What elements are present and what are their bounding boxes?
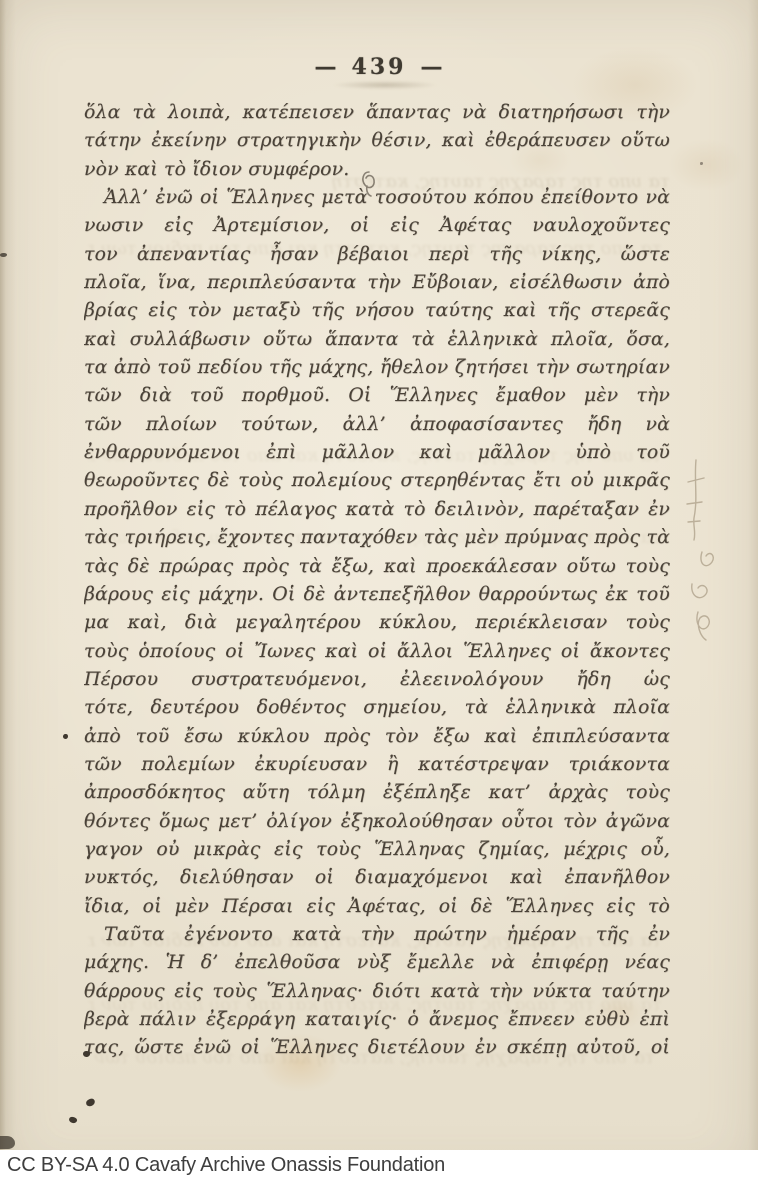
paragraph: Ταῦτα ἐγένοντο κατὰ τὴν πρώτην ἡμέραν τῆ… [84, 921, 670, 1063]
page-number-dash-left: — [301, 54, 352, 80]
text-line: τα ἀπὸ τοῦ πεδίου τῆς μάχης, ἤθελον ζητή… [84, 354, 670, 382]
license-text: CC BY-SA 4.0 Cavafy Archive Onassis Foun… [7, 1154, 445, 1177]
text-line: τῶν διὰ τοῦ πορθμοῦ. Οἱ Ἕλληνες ἔμαθον μ… [84, 382, 670, 410]
text-line: ἐνθαρρυνόμενοι ἐπὶ μᾶλλον καὶ μᾶλλον ὑπὸ… [84, 439, 670, 467]
page-number-dash-right: — [406, 54, 457, 80]
text-line: βρίας εἰς τὸν μεταξὺ τῆς νήσου ταύτης κα… [84, 297, 670, 325]
text-line: θεωροῦντες δὲ τοὺς πολεμίους στερηθέντας… [84, 467, 670, 495]
text-line: Ἀλλ’ ἐνῶ οἱ Ἕλληνες μετὰ τοσούτου κόπου … [84, 184, 670, 212]
ink-smudge [300, 78, 470, 92]
text-line: θόντες ὅμως μετ’ ὀλίγον ἐξηκολούθησαν οὗ… [84, 808, 670, 836]
paragraph: ὅλα τὰ λοιπὰ, κατέπεισεν ἅπαντας νὰ διατ… [84, 99, 670, 184]
text-line: νὸν καὶ τὸ ἴδιον συμφέρον. [84, 156, 670, 184]
text-line: Ταῦτα ἐγένοντο κατὰ τὴν πρώτην ἡμέραν τῆ… [84, 921, 670, 949]
license-bar: CC BY-SA 4.0 Cavafy Archive Onassis Foun… [0, 1150, 758, 1184]
text-line: τῶν πλοίων τούτων, ἀλλ’ ἀποφασίσαντες ἤδ… [84, 411, 670, 439]
text-line: πλοῖα, ἵνα, περιπλεύσαντα τὴν Εὔβοιαν, ε… [84, 269, 670, 297]
text-line: τας, ὥστε ἐνῶ οἱ Ἕλληνες διετέλουν ἐν σκ… [84, 1034, 670, 1062]
text-line: νωσιν εἰς Ἀρτεμίσιον, οἱ εἰς Ἀφέτας ναυλ… [84, 212, 670, 240]
text-line: γαγον οὐ μικρὰς εἰς τοὺς Ἕλληνας ζημίας,… [84, 836, 670, 864]
paragraph: Ἀλλ’ ἐνῶ οἱ Ἕλληνες μετὰ τοσούτου κόπου … [84, 184, 670, 921]
text-line: ὅλα τὰ λοιπὰ, κατέπεισεν ἅπαντας νὰ διατ… [84, 99, 670, 127]
page-number-value: 439 [352, 54, 407, 80]
text-line: θάρρους εἰς τοὺς Ἕλληνας· διότι κατὰ τὴν… [84, 978, 670, 1006]
text-line: ἀπροσδόκητος αὕτη τόλμη ἐξέπληξε κατ’ ἀρ… [84, 779, 670, 807]
text-line: βάρους εἰς μάχην. Οἱ δὲ ἀντεπεξῆλθον θαρ… [84, 581, 670, 609]
text-line: μάχης. Ἡ δ’ ἐπελθοῦσα νὺξ ἔμελλε νὰ ἐπιφ… [84, 949, 670, 977]
text-line: καὶ συλλάβωσιν οὕτω ἅπαντα τὰ ἑλληνικὰ π… [84, 326, 670, 354]
text-line: τὰς τριήρεις, ἔχοντες πανταχόθεν τὰς μὲν… [84, 524, 670, 552]
text-line: νυκτός, διελύθησαν οἱ διαμαχόμενοι καὶ ἐ… [84, 864, 670, 892]
text-line: μα καὶ, διὰ μεγαλητέρου κύκλου, περιέκλε… [84, 609, 670, 637]
text-line: βερὰ πάλιν ἐξερράγη καταιγίς· ὁ ἄνεμος ἔ… [84, 1006, 670, 1034]
text-line: ἴδια, οἱ μὲν Πέρσαι εἰς Ἀφέτας, οἱ δὲ Ἕλ… [84, 893, 670, 921]
text-block: ὅλα τὰ λοιπὰ, κατέπεισεν ἅπαντας νὰ διατ… [84, 99, 670, 1063]
text-line: τοὺς ὁποίους οἱ Ἴωνες καὶ οἱ ἄλλοι Ἕλλην… [84, 638, 670, 666]
text-line: τάτην ἐκείνην στρατηγικὴν θέσιν, καὶ ἐθε… [84, 127, 670, 155]
book-page-scan: τα υπο της ταραχης ταυτης, κατεστη και α… [0, 0, 758, 1184]
text-line: ἀπὸ τοῦ ἔσω κύκλου πρὸς τὸν ἔξω καὶ ἐπιπ… [84, 723, 670, 751]
text-line: τον ἀπεναντίας ἦσαν βέβαιοι περὶ τῆς νίκ… [84, 241, 670, 269]
text-line: τῶν πολεμίων ἐκυρίευσαν ἢ κατέστρεψαν τρ… [84, 751, 670, 779]
text-line: προῆλθον εἰς τὸ πέλαγος κατὰ τὸ δειλινὸν… [84, 496, 670, 524]
text-line: τὰς δὲ πρώρας πρὸς τὰ ἔξω, καὶ προεκάλεσ… [84, 553, 670, 581]
text-line: Πέρσου συστρατευόμενοι, ἐλεεινολόγουν ἤδ… [84, 666, 670, 694]
text-line: τότε, δευτέρου δοθέντος σημείου, τὰ ἑλλη… [84, 694, 670, 722]
page-edge-blot [0, 1136, 15, 1149]
page-number: —439— [0, 54, 758, 80]
